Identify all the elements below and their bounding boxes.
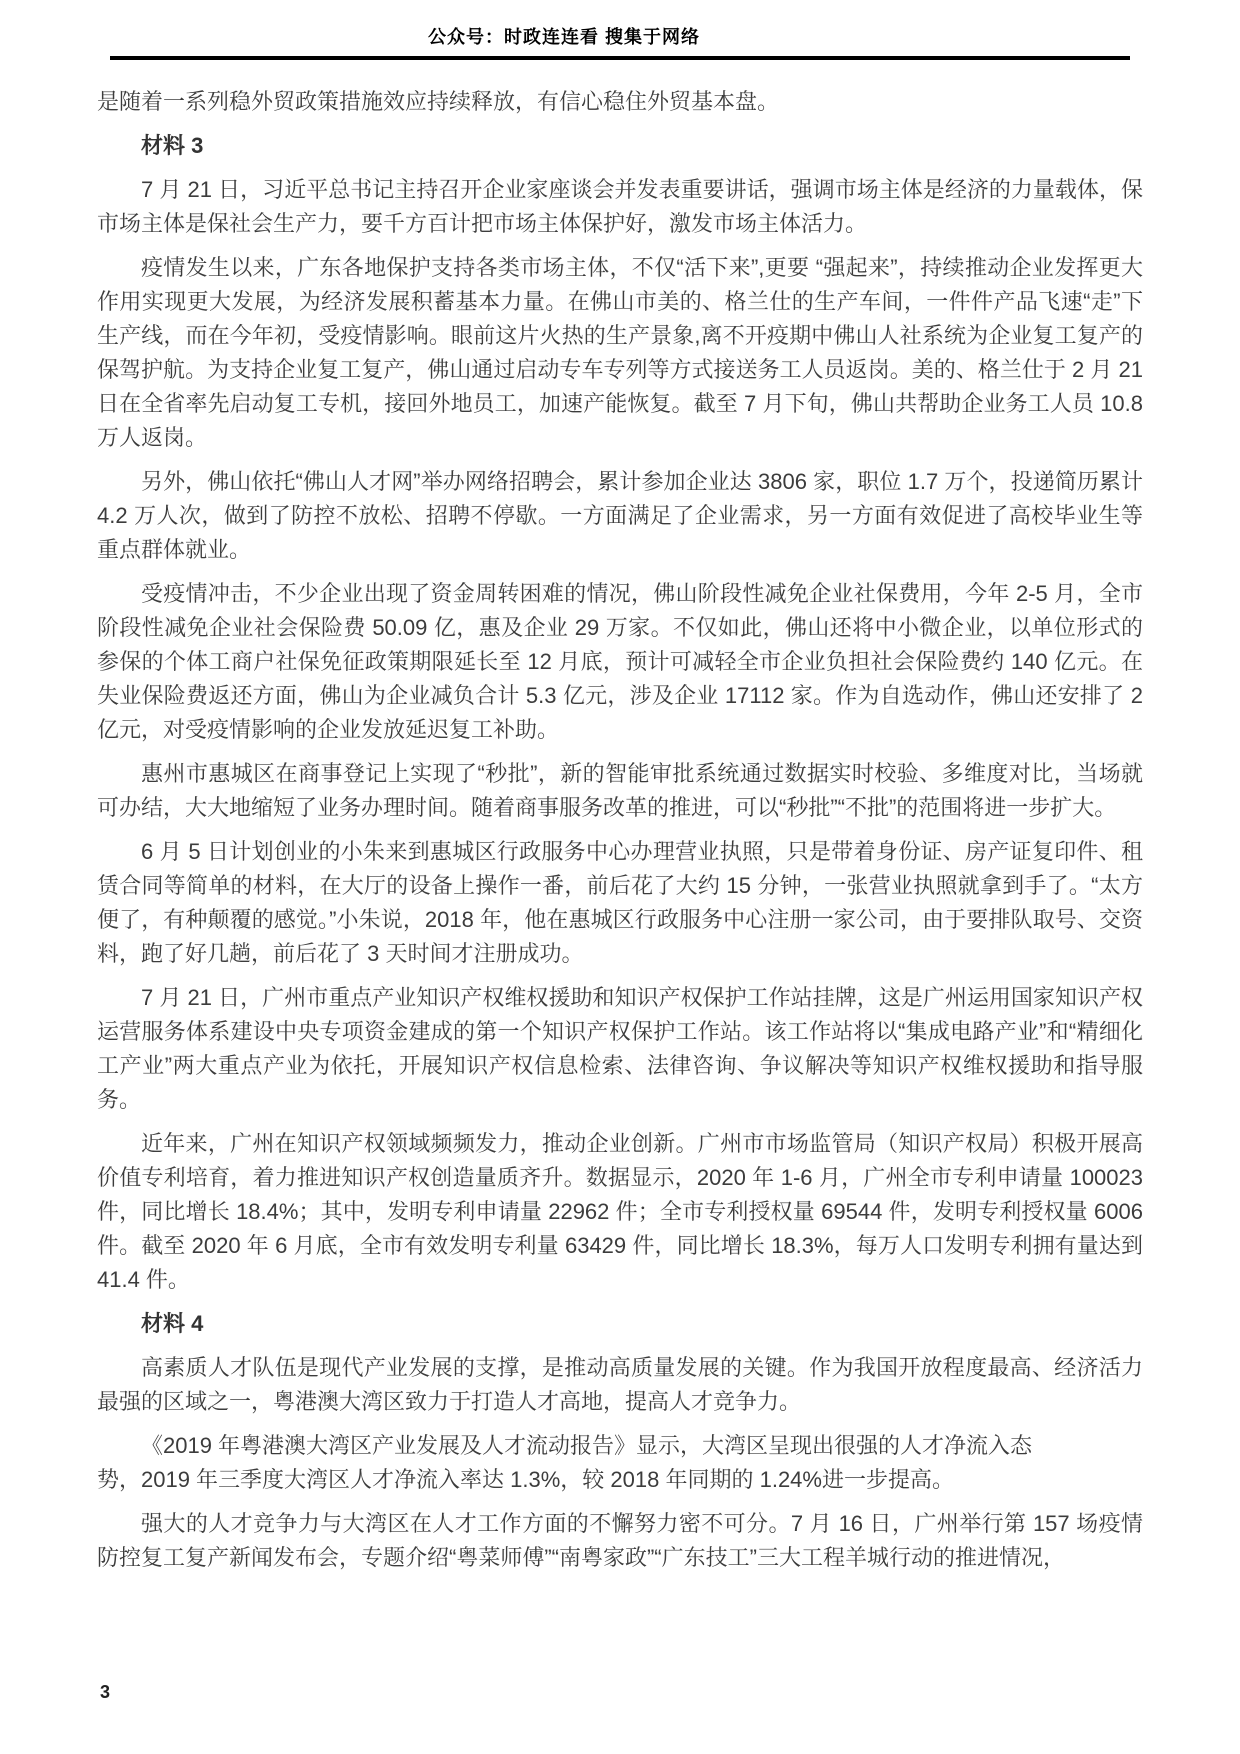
body-paragraph: 受疫情冲击，不少企业出现了资金周转困难的情况，佛山阶段性减免企业社保费用，今年 … <box>97 577 1143 747</box>
document-body: 是随着一系列稳外贸政策措施效应持续释放，有信心稳住外贸基本盘。 材料 3 7 月… <box>97 60 1143 1575</box>
document-page: 公众号：时政连连看 搜集于网络 是随着一系列稳外贸政策措施效应持续释放，有信心稳… <box>0 0 1240 1754</box>
body-paragraph: 惠州市惠城区在商事登记上实现了“秒批”，新的智能审批系统通过数据实时校验、多维度… <box>97 757 1143 825</box>
body-paragraph: 7 月 21 日，广州市重点产业知识产权维权援助和知识产权保护工作站挂牌，这是广… <box>97 981 1143 1117</box>
body-paragraph: 近年来，广州在知识产权领域频频发力，推动企业创新。广州市市场监管局（知识产权局）… <box>97 1127 1143 1297</box>
material-3-heading: 材料 3 <box>97 129 1143 163</box>
body-paragraph: 另外，佛山依托“佛山人才网”举办网络招聘会，累计参加企业达 3806 家，职位 … <box>97 465 1143 567</box>
body-paragraph: 6 月 5 日计划创业的小朱来到惠城区行政服务中心办理营业执照，只是带着身份证、… <box>97 835 1143 971</box>
page-number: 3 <box>100 1682 110 1703</box>
page-header: 公众号：时政连连看 搜集于网络 <box>110 0 1130 60</box>
body-paragraph: 7 月 21 日，习近平总书记主持召开企业家座谈会并发表重要讲话，强调市场主体是… <box>97 173 1143 241</box>
body-paragraph: 疫情发生以来，广东各地保护支持各类市场主体，不仅“活下来”,更要 “强起来”，持… <box>97 251 1143 455</box>
header-title: 公众号：时政连连看 搜集于网络 <box>110 25 1130 56</box>
body-paragraph: 《2019 年粤港澳大湾区产业发展及人才流动报告》显示，大湾区呈现出很强的人才净… <box>97 1429 1143 1497</box>
material-4-heading: 材料 4 <box>97 1307 1143 1341</box>
continuation-paragraph: 是随着一系列稳外贸政策措施效应持续释放，有信心稳住外贸基本盘。 <box>97 85 1143 119</box>
body-paragraph: 强大的人才竞争力与大湾区在人才工作方面的不懈努力密不可分。7 月 16 日，广州… <box>97 1507 1143 1575</box>
body-paragraph: 高素质人才队伍是现代产业发展的支撑，是推动高质量发展的关键。作为我国开放程度最高… <box>97 1351 1143 1419</box>
